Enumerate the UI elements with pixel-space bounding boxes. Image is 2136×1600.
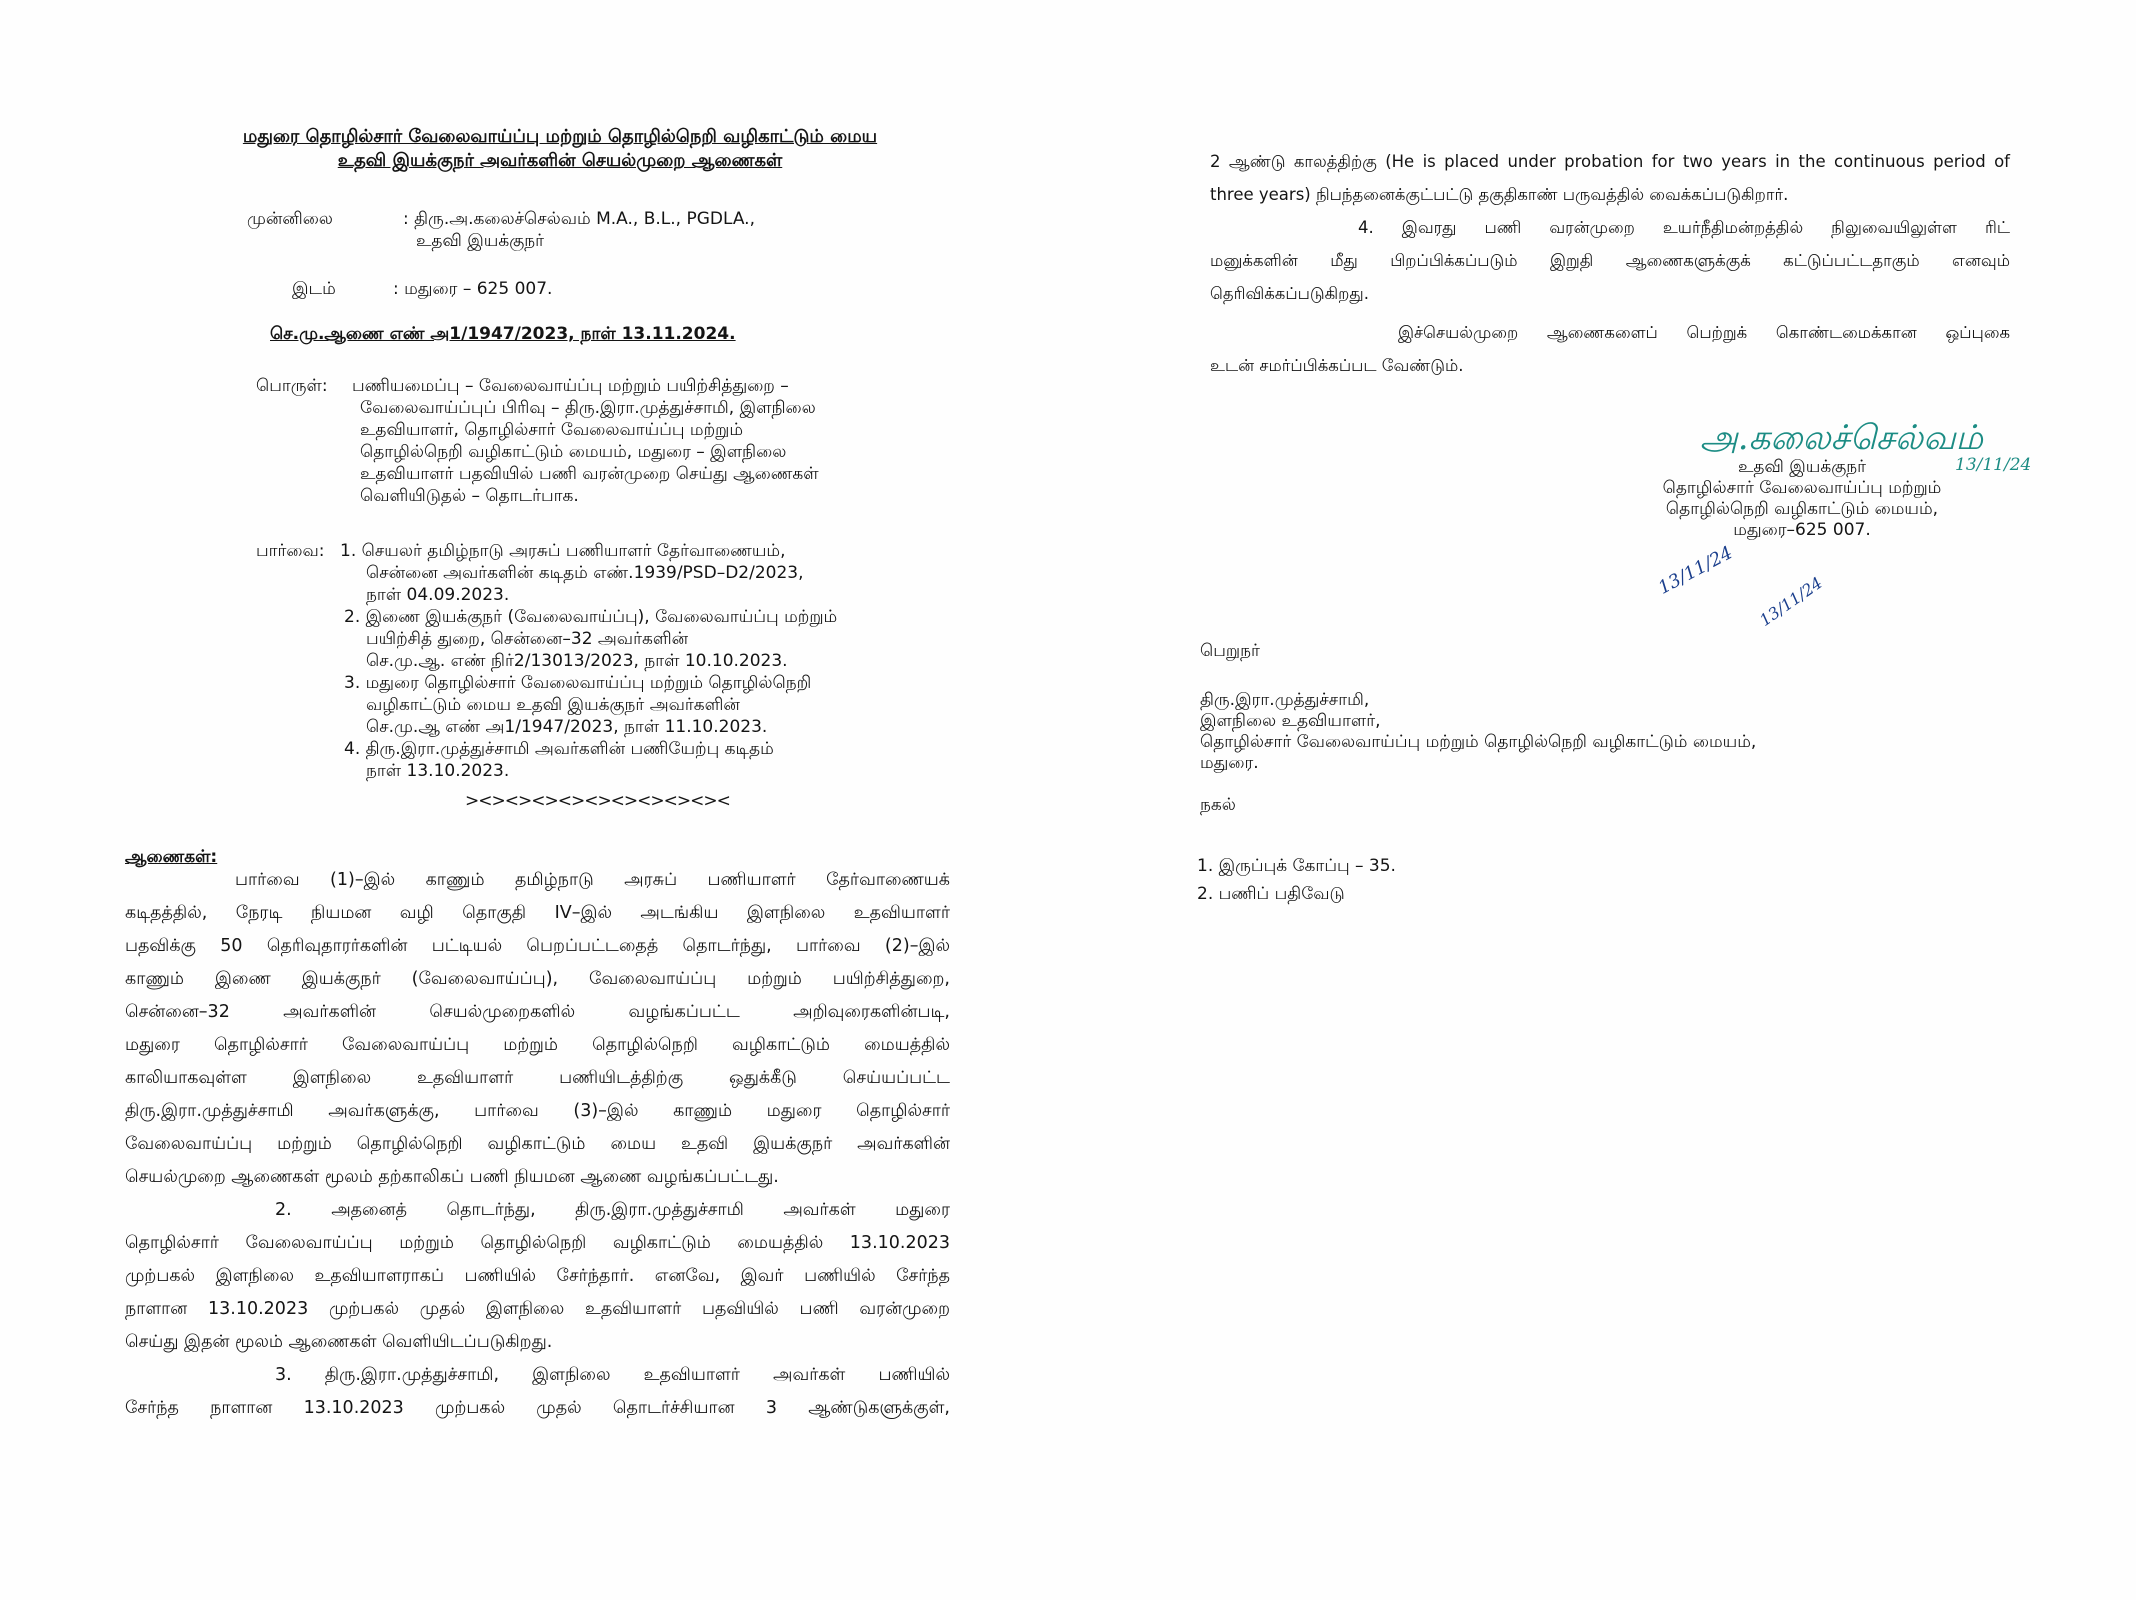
document-title-line-1: மதுரை தொழில்சார் வேலைவாய்ப்பு மற்றும் தொ… — [190, 126, 930, 149]
copy-item: 1. இருப்புக் கோப்பு – 35. — [1197, 852, 1396, 880]
orders-line: சேர்ந்த நாளான 13.10.2023 முற்பகல் முதல் … — [125, 1392, 950, 1425]
recipient-line: இளநிலை உதவியாளர், — [1200, 711, 1756, 732]
orders-line: நாளான 13.10.2023 முற்பகல் முதல் இளநிலை உ… — [125, 1293, 950, 1326]
reference-line: செ.மு.ஆ எண் அ1/1947/2023, நாள் 11.10.202… — [340, 716, 837, 738]
subject-line: வேலைவாய்ப்புப் பிரிவு – திரு.இரா.முத்துச… — [352, 397, 819, 419]
orders-line: முற்பகல் இளநிலை உதவியாளராகப் பணியில் சேர… — [125, 1260, 950, 1293]
continuation-line: மனுக்களின் மீது பிறப்பிக்கப்படும் இறுதி … — [1210, 244, 2010, 277]
reference-line: நாள் 04.09.2023. — [340, 584, 837, 606]
orders-line: வேலைவாய்ப்பு மற்றும் தொழில்நெறி வழிகாட்ட… — [125, 1128, 950, 1161]
subject-label: பொருள்: — [256, 375, 328, 397]
reference-line: பயிற்சித் துறை, சென்னை–32 அவர்களின் — [340, 628, 837, 650]
order-reference: செ.மு.ஆணை எண் அ1/1947/2023, நாள் 13.11.2… — [270, 323, 736, 345]
subject-line: வெளியிடுதல் – தொடர்பாக. — [352, 485, 819, 507]
orders-line: 2. அதனைத் தொடர்ந்து, திரு.இரா.முத்துச்சா… — [125, 1194, 950, 1227]
continuation-line: three years) நிபந்தனைக்குட்பட்டு தகுதிகா… — [1210, 178, 2010, 211]
orders-line: மதுரை தொழில்சார் வேலைவாய்ப்பு மற்றும் தொ… — [125, 1029, 950, 1062]
subject-line: தொழில்நெறி வழிகாட்டும் மையம், மதுரை – இள… — [352, 441, 819, 463]
signatory-block: உதவி இயக்குநர்தொழில்சார் வேலைவாய்ப்பு மற… — [1627, 457, 1977, 541]
orders-line: திரு.இரா.முத்துச்சாமி அவர்களுக்கு, பார்வ… — [125, 1095, 950, 1128]
orders-continuation: 2 ஆண்டு காலத்திற்கு (He is placed under … — [1210, 145, 2010, 382]
reference-line: 1. செயலர் தமிழ்நாடு அரசுப் பணியாளர் தேர்… — [340, 540, 837, 562]
signatory-line: தொழில்நெறி வழிகாட்டும் மையம், — [1627, 499, 1977, 520]
recipient-label: பெறுநர் — [1200, 640, 1260, 662]
presence-value: : திரு.அ.கலைச்செல்வம் M.A., B.L., PGDLA.… — [403, 208, 755, 230]
orders-line: காலியாகவுள்ள இளநிலை உதவியாளர் பணியிடத்தி… — [125, 1062, 950, 1095]
subject-line: உதவியாளர், தொழில்சார் வேலைவாய்ப்பு மற்று… — [352, 419, 819, 441]
reference-line: நாள் 13.10.2023. — [340, 760, 837, 782]
signatory-line: மதுரை–625 007. — [1627, 520, 1977, 541]
subject-line: பணியமைப்பு – வேலைவாய்ப்பு மற்றும் பயிற்ச… — [352, 375, 819, 397]
orders-line: சென்னை–32 அவர்களின் செயல்முறைகளில் வழங்க… — [125, 996, 950, 1029]
signatory-line: தொழில்சார் வேலைவாய்ப்பு மற்றும் — [1627, 478, 1977, 499]
orders-line: கடிதத்தில், நேரடி நியமன வழி தொகுதி IV–இல… — [125, 897, 950, 930]
continuation-line: உடன் சமர்ப்பிக்கப்பட வேண்டும். — [1210, 349, 2010, 382]
orders-line: செய்து இதன் மூலம் ஆணைகள் வெளியிடப்படுகிற… — [125, 1326, 950, 1359]
orders-line: பதவிக்கு 50 தெரிவுதாரர்களின் பட்டியல் பெ… — [125, 930, 950, 963]
subject-text: பணியமைப்பு – வேலைவாய்ப்பு மற்றும் பயிற்ச… — [352, 375, 819, 507]
reference-line: 2. இணை இயக்குநர் (வேலைவாய்ப்பு), வேலைவாய… — [340, 606, 837, 628]
continuation-line: தெரிவிக்கப்படுகிறது. — [1210, 277, 2010, 310]
reference-list: 1. செயலர் தமிழ்நாடு அரசுப் பணியாளர் தேர்… — [340, 540, 837, 782]
place-value: : மதுரை – 625 007. — [393, 278, 552, 300]
continuation-line: 2 ஆண்டு காலத்திற்கு (He is placed under … — [1210, 145, 2010, 178]
document-title-line-2: உதவி இயக்குநர் அவர்களின் செயல்முறை ஆணைகள… — [190, 150, 930, 173]
presence-label: முன்னிலை — [247, 208, 333, 230]
copy-list: 1. இருப்புக் கோப்பு – 35.2. பணிப் பதிவேட… — [1197, 852, 1396, 908]
orders-body: பார்வை (1)–இல் காணும் தமிழ்நாடு அரசுப் ப… — [125, 864, 950, 1425]
signatory-line: உதவி இயக்குநர் — [1627, 457, 1977, 478]
reference-line: 4. திரு.இரா.முத்துச்சாமி அவர்களின் பணியே… — [340, 738, 837, 760]
reference-line: செ.மு.ஆ. எண் நிர்2/13013/2023, நாள் 10.1… — [340, 650, 837, 672]
orders-line: 3. திரு.இரா.முத்துச்சாமி, இளநிலை உதவியாள… — [125, 1359, 950, 1392]
copy-label: நகல் — [1200, 794, 1236, 816]
signature: அ.கலைச்செல்வம் — [1700, 418, 1983, 462]
reference-line: வழிகாட்டும் மைய உதவி இயக்குநர் அவர்களின் — [340, 694, 837, 716]
place-label: இடம் — [292, 278, 336, 300]
initial-stamp-2: 13/11/24 — [1756, 573, 1826, 630]
orders-line: தொழில்சார் வேலைவாய்ப்பு மற்றும் தொழில்நெ… — [125, 1227, 950, 1260]
recipient-line: தொழில்சார் வேலைவாய்ப்பு மற்றும் தொழில்நெ… — [1200, 732, 1756, 753]
orders-line: காணும் இணை இயக்குநர் (வேலைவாய்ப்பு), வேல… — [125, 963, 950, 996]
recipient-line: மதுரை. — [1200, 753, 1756, 774]
initial-stamp-1: 13/11/24 — [1655, 542, 1736, 598]
document-page-1: மதுரை தொழில்சார் வேலைவாய்ப்பு மற்றும் தொ… — [0, 0, 1075, 1600]
orders-line: பார்வை (1)–இல் காணும் தமிழ்நாடு அரசுப் ப… — [125, 864, 950, 897]
recipient-address: திரு.இரா.முத்துச்சாமி,இளநிலை உதவியாளர்,த… — [1200, 690, 1756, 774]
copy-item: 2. பணிப் பதிவேடு — [1197, 880, 1396, 908]
continuation-line: இச்செயல்முறை ஆணைகளைப் பெற்றுக் கொண்டமைக்… — [1210, 316, 2010, 349]
orders-line: செயல்முறை ஆணைகள் மூலம் தற்காலிகப் பணி நி… — [125, 1161, 950, 1194]
document-page-2: 2 ஆண்டு காலத்திற்கு (He is placed under … — [1075, 0, 2136, 1600]
presence-designation: உதவி இயக்குநர் — [416, 230, 544, 252]
reference-label: பார்வை: — [256, 540, 325, 562]
reference-line: சென்னை அவர்களின் கடிதம் எண்.1939/PSD–D2/… — [340, 562, 837, 584]
continuation-line: 4. இவரது பணி வரன்முறை உயர்நீதிமன்றத்தில்… — [1210, 211, 2010, 244]
recipient-line: திரு.இரா.முத்துச்சாமி, — [1200, 690, 1756, 711]
separator: ><><><><><><><><><>< — [465, 790, 730, 812]
reference-line: 3. மதுரை தொழில்சார் வேலைவாய்ப்பு மற்றும்… — [340, 672, 837, 694]
subject-line: உதவியாளர் பதவியில் பணி வரன்முறை செய்து ஆ… — [352, 463, 819, 485]
